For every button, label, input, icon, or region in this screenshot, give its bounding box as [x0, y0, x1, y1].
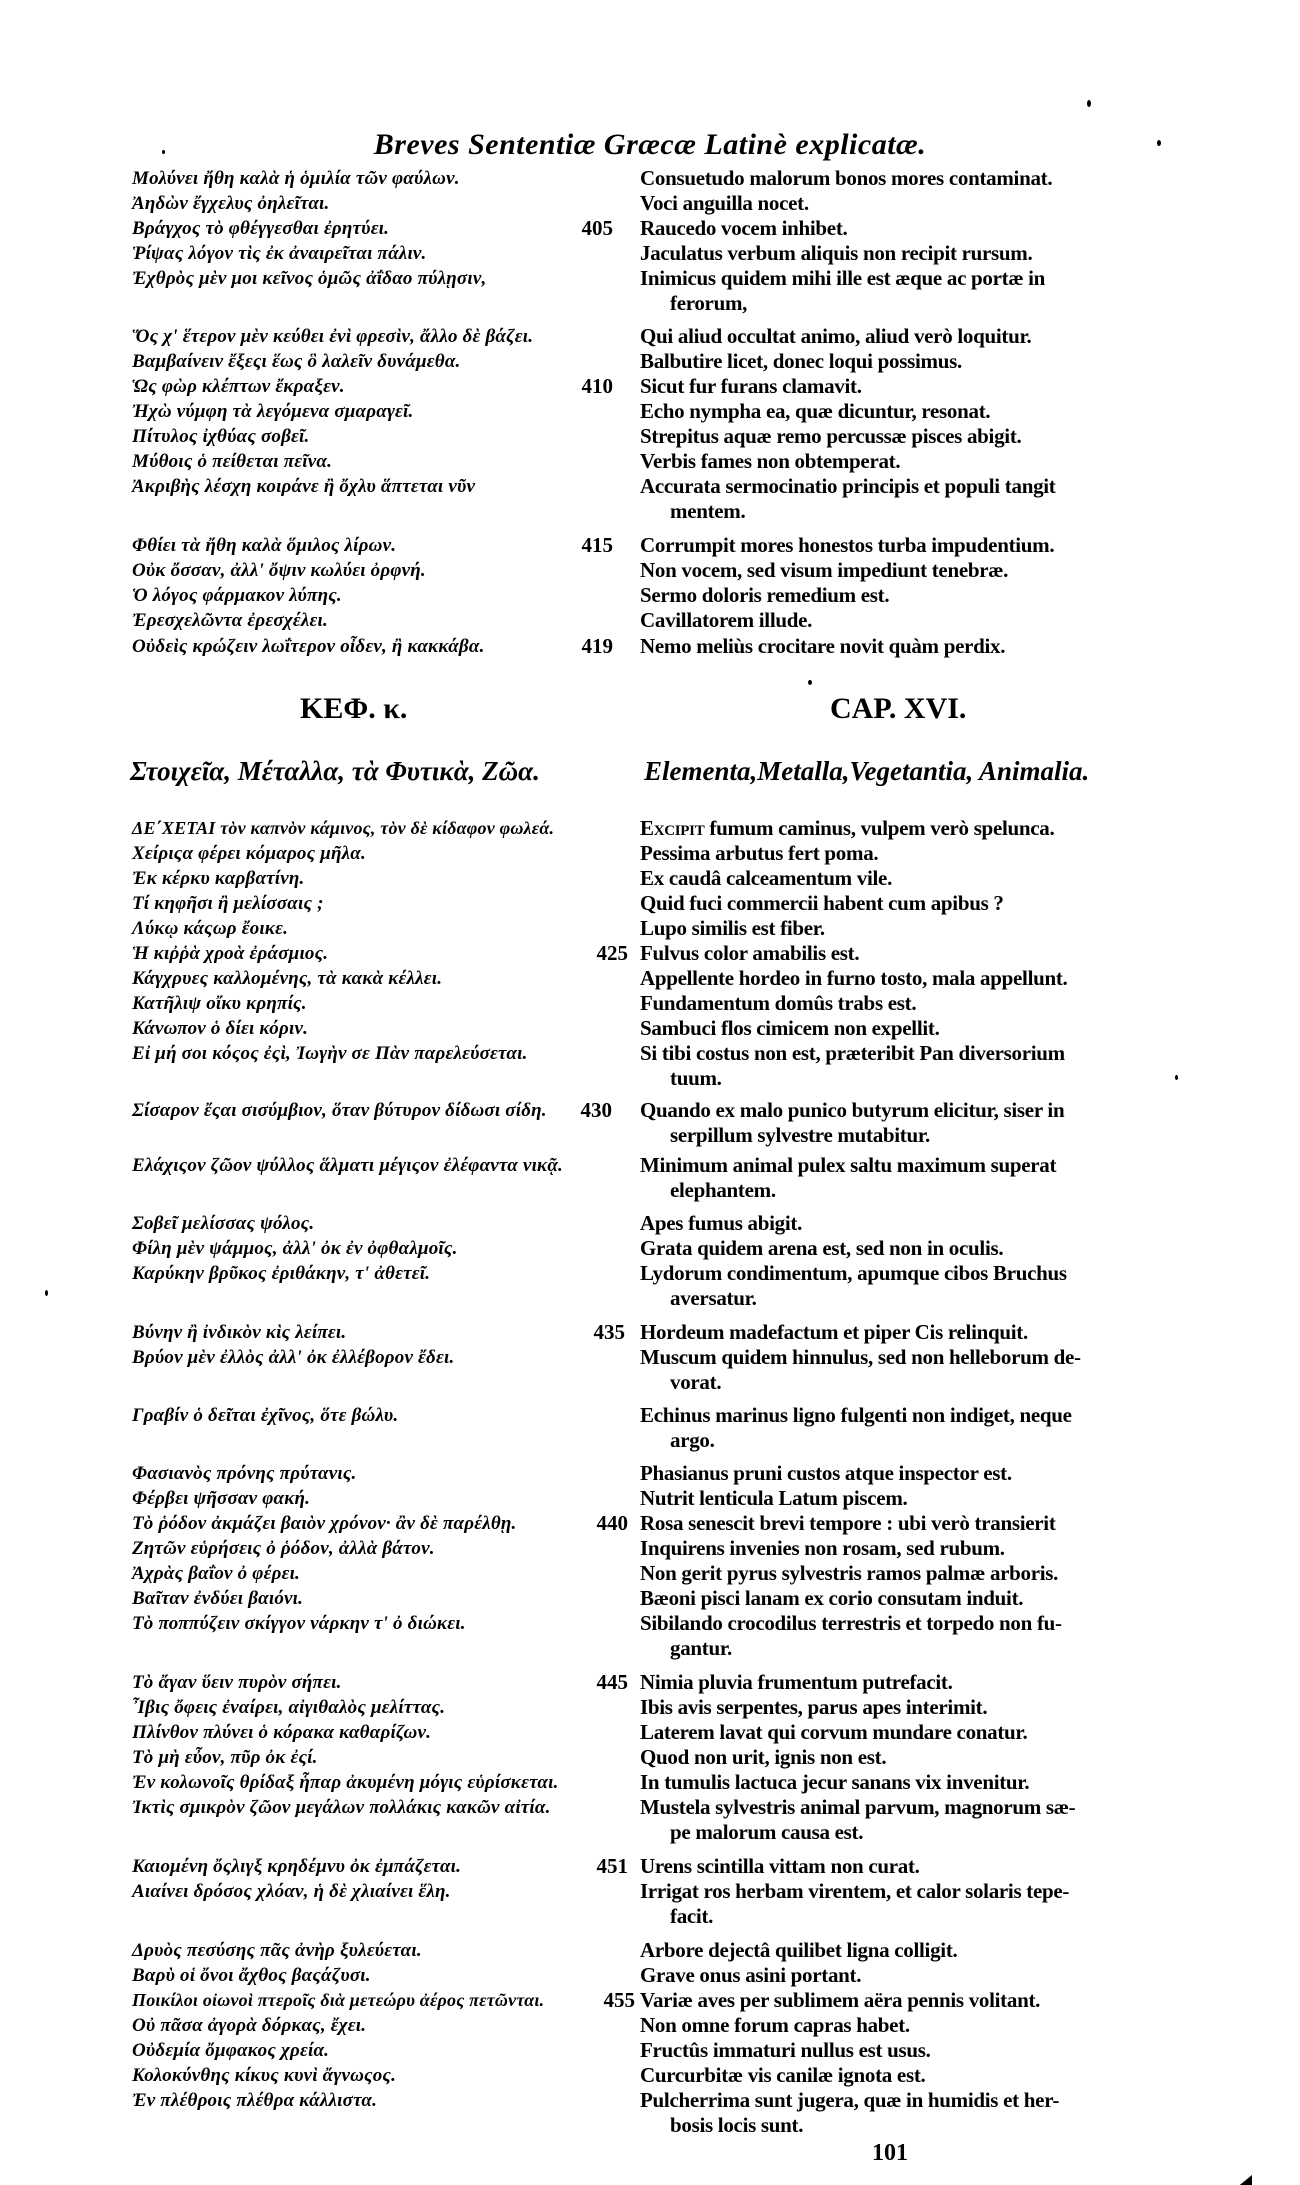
latin-line: Minimum animal pulex saltu maximum super…	[640, 1153, 1170, 1203]
latin-line: Lupo similis est fiber.	[640, 916, 1170, 941]
greek-line: Τὸ ἄγαν ὕειν πυρὸν σήπει.	[132, 1672, 342, 1694]
latin-text: Bæoni pisci lanam ex corio consutam indu…	[640, 1586, 1023, 1610]
line-number: 415	[563, 533, 613, 558]
latin-text: Phasianus pruni custos atque inspector e…	[640, 1461, 1012, 1485]
latin-line: Sibilando crocodilus terrestris et torpe…	[640, 1611, 1170, 1661]
latin-text: Strepitus aquæ remo percussæ pisces abig…	[640, 424, 1021, 448]
latin-line: Pessima arbutus fert poma.	[640, 841, 1170, 866]
greek-line: Μύθοις ὁ πείθεται πεῖνα.	[132, 451, 332, 473]
greek-line: Τὸ ποππύζειν σκίγγον νάρκην τ' ὀ διώκει.	[132, 1613, 466, 1635]
greek-line: Ἀκριβὴς λέσχη κοιράνε ἢ ὄχλυ ἅπτεται νῦν	[132, 476, 475, 498]
greek-line: ΔΕ΄ΧΕΤΑΙ τὸν καπνὸν κάμινος, τὸν δὲ κίδα…	[132, 818, 554, 839]
latin-text: Non omne forum capras habet.	[640, 2013, 910, 2037]
line-number: 445	[578, 1670, 628, 1695]
latin-text: Sibilando crocodilus terrestris et torpe…	[640, 1611, 1062, 1635]
latin-line: Rosa senescit brevi tempore : ubi verò t…	[640, 1511, 1170, 1536]
latin-continuation: bosis locis sunt.	[640, 2113, 1170, 2138]
latin-line: Ibis avis serpentes, parus apes interimi…	[640, 1695, 1170, 1720]
latin-line: Jaculatus verbum aliquis non recipit rur…	[640, 241, 1170, 266]
latin-line: Voci anguilla nocet.	[640, 191, 1170, 216]
running-head: Breves Sententiæ Græcæ Latinè explicatæ.	[0, 128, 1300, 162]
greek-line: Ὡς φὼρ κλέπτων ἔκραξεν.	[132, 376, 345, 398]
latin-line: Mustela sylvestris animal parvum, magnor…	[640, 1795, 1170, 1845]
greek-line: Ζητῶν εὑρήσεις ὀ ῥόδον, ἀλλὰ βάτον.	[132, 1538, 435, 1560]
latin-text: Corrumpit mores honestos turba impudenti…	[640, 533, 1054, 557]
latin-text: Lydorum condimentum, apumque cibos Bruch…	[640, 1261, 1067, 1285]
greek-line: Ὅς χ' ἕτερον μὲν κεύθει ἐνὶ φρεσὶν, ἄλλο…	[132, 326, 533, 348]
latin-line: Quod non urit, ignis non est.	[640, 1745, 1170, 1770]
latin-line: Nemo meliùs crocitare novit quàm perdix.	[640, 634, 1170, 659]
latin-line: Inquirens invenies non rosam, sed rubum.	[640, 1536, 1170, 1561]
latin-line: Corrumpit mores honestos turba impudenti…	[640, 533, 1170, 558]
greek-line: Ἐκ κέρκυ καρβατίνη.	[132, 868, 304, 890]
latin-line: Balbutire licet, donec loqui possimus.	[640, 349, 1170, 374]
latin-line: Excipit fumum caminus, vulpem verò spelu…	[640, 816, 1170, 841]
latin-line: Pulcherrima sunt jugera, quæ in humidis …	[640, 2088, 1170, 2138]
latin-line: Nimia pluvia frumentum putrefacit.	[640, 1670, 1170, 1695]
latin-chapter-heading: CAP. XVI.	[830, 692, 966, 726]
scan-corner-mark	[1230, 2175, 1252, 2185]
latin-line: Urens scintilla vittam non curat.	[640, 1854, 1170, 1879]
greek-line: Ἀχρὰς βαΐον ὀ φέρει.	[132, 1563, 300, 1585]
greek-chapter-heading: ΚΕΦ. κ.	[300, 692, 407, 726]
scan-speck	[45, 1290, 48, 1296]
greek-line: Ἰκτὶς σμικρὸν ζῶον μεγάλων πολλάκις κακῶ…	[132, 1797, 551, 1819]
scan-speck	[1157, 140, 1161, 146]
line-number: 425	[578, 941, 628, 966]
latin-text: Jaculatus verbum aliquis non recipit rur…	[640, 241, 1032, 265]
latin-line: Variæ aves per sublimem aëra pennis voli…	[640, 1988, 1170, 2013]
latin-text: Rosa senescit brevi tempore : ubi verò t…	[640, 1511, 1056, 1535]
latin-text: Fundamentum domûs trabs est.	[640, 991, 916, 1015]
latin-continuation: facit.	[640, 1904, 1170, 1929]
greek-line: Ελάχιςον ζῶον ψύλλος ἅλματι μέγιςον ἐλέφ…	[132, 1155, 563, 1177]
latin-line: Hordeum madefactum et piper Cis relinqui…	[640, 1320, 1170, 1345]
latin-continuation: mentem.	[640, 499, 1170, 524]
latin-line: Sambuci flos cimicem non expellit.	[640, 1016, 1170, 1041]
latin-text: Qui aliud occultat animo, aliud verò loq…	[640, 324, 1032, 348]
latin-text: Grave onus asini portant.	[640, 1963, 861, 1987]
greek-line: Μολύνει ἤθη καλὰ ἡ ὁμιλία τῶν φαύλων.	[132, 168, 460, 190]
latin-text: Inimicus quidem mihi ille est æque ac po…	[640, 266, 1045, 290]
greek-line: Ἀηδὼν ἔγχελυς ὀηλεῖται.	[132, 193, 330, 215]
greek-line: Ῥίψας λόγον τὶς ἐκ ἀναιρεῖται πάλιν.	[132, 243, 427, 265]
latin-line: Cavillatorem illude.	[640, 608, 1170, 633]
page-number: 101	[872, 2140, 908, 2167]
latin-line: In tumulis lactuca jecur sanans vix inve…	[640, 1770, 1170, 1795]
greek-line: Κάγχρυες καλλομένης, τὰ κακὰ κέλλει.	[132, 968, 442, 990]
latin-line: Qui aliud occultat animo, aliud verò loq…	[640, 324, 1170, 349]
latin-continuation: elephantem.	[640, 1178, 1170, 1203]
latin-chapter-subtitle: Elementa,Metalla,Vegetantia, Animalia.	[644, 756, 1089, 787]
greek-line: Φίλη μὲν ψάμμος, ἀλλ' ὀκ ἐν ὀφθαλμοῖς.	[132, 1238, 458, 1260]
greek-line: Τὸ μὴ εὖον, πῦρ ὀκ ἐςί.	[132, 1747, 318, 1769]
latin-text: Voci anguilla nocet.	[640, 191, 809, 215]
latin-continuation: gantur.	[640, 1636, 1170, 1661]
latin-line: Bæoni pisci lanam ex corio consutam indu…	[640, 1586, 1170, 1611]
latin-continuation: aversatur.	[640, 1286, 1170, 1311]
latin-text: Non vocem, sed visum impediunt tenebræ.	[640, 558, 1008, 582]
latin-text: Sicut fur furans clamavit.	[640, 374, 862, 398]
latin-text: Pessima arbutus fert poma.	[640, 841, 878, 865]
latin-text: Accurata sermocinatio principis et popul…	[640, 474, 1056, 498]
latin-text: Quando ex malo punico butyrum elicitur, …	[640, 1098, 1064, 1122]
latin-text: Laterem lavat qui corvum mundare conatur…	[640, 1720, 1027, 1744]
greek-line: Ἐν κολωνοῖς θρίδαξ ἧπαρ ἀκυμένη μόγις εὑ…	[132, 1772, 559, 1794]
latin-text: Ibis avis serpentes, parus apes interimi…	[640, 1695, 987, 1719]
latin-line: Verbis fames non obtemperat.	[640, 449, 1170, 474]
greek-line: Κάνωπον ὁ δίει κόριν.	[132, 1018, 308, 1040]
greek-line: Φθίει τὰ ἤθη καλὰ ὅμιλος λίρων.	[132, 535, 396, 557]
latin-line: Echo nympha ea, quæ dicuntur, resonat.	[640, 399, 1170, 424]
greek-line: Οὐδεμία ὄμφακος χρεία.	[132, 2040, 329, 2062]
latin-continuation: pe malorum causa est.	[640, 1820, 1170, 1845]
latin-text: Urens scintilla vittam non curat.	[640, 1854, 920, 1878]
latin-text: Inquirens invenies non rosam, sed rubum.	[640, 1536, 1005, 1560]
latin-line: Accurata sermocinatio principis et popul…	[640, 474, 1170, 524]
greek-line: Ἐν πλέθροις πλέθρα κάλλιστα.	[132, 2090, 377, 2112]
latin-line: Curcurbitæ vis canilæ ignota est.	[640, 2063, 1170, 2088]
latin-continuation: vorat.	[640, 1370, 1170, 1395]
greek-line: Ἡ κιῤῥὰ χροὰ ἐράσμιος.	[132, 943, 328, 965]
greek-line: Ἠχὼ νύμφη τὰ λεγόμενα σμαραγεῖ.	[132, 401, 413, 423]
latin-text: Consuetudo malorum bonos mores contamina…	[640, 166, 1052, 190]
greek-line: Καρύκην βρῦκος ἐριθάκην, τ' ἀθετεῖ.	[132, 1263, 430, 1285]
latin-line: Apes fumus abigit.	[640, 1211, 1170, 1236]
latin-text: Pulcherrima sunt jugera, quæ in humidis …	[640, 2088, 1059, 2112]
latin-text: Non gerit pyrus sylvestris ramos palmæ a…	[640, 1561, 1058, 1585]
latin-line: Laterem lavat qui corvum mundare conatur…	[640, 1720, 1170, 1745]
latin-continuation: tuum.	[640, 1066, 1170, 1091]
latin-line: Lydorum condimentum, apumque cibos Bruch…	[640, 1261, 1170, 1311]
greek-line: Ὁ λόγος φάρμακον λύπης.	[132, 585, 342, 607]
latin-text: Quid fuci commercii habent cum apibus ?	[640, 891, 1004, 915]
latin-text: Grata quidem arena est, sed non in oculi…	[640, 1236, 1003, 1260]
greek-line: Ἐρεσχελῶντα ἐρεσχέλει.	[132, 610, 328, 632]
line-number: 435	[575, 1320, 625, 1345]
latin-line: Fundamentum domûs trabs est.	[640, 991, 1170, 1016]
latin-text: Balbutire licet, donec loqui possimus.	[640, 349, 962, 373]
latin-line: Non gerit pyrus sylvestris ramos palmæ a…	[640, 1561, 1170, 1586]
latin-continuation: argo.	[640, 1428, 1170, 1453]
latin-text: Muscum quidem hinnulus, sed non hellebor…	[640, 1345, 1081, 1369]
greek-line: Σοβεῖ μελίσσας ψόλος.	[132, 1213, 314, 1235]
latin-text: Apes fumus abigit.	[640, 1211, 802, 1235]
scan-speck	[1175, 1075, 1178, 1080]
greek-line: Βαμβαίνειν ἔξεςι ἕως ὃ λαλεῖν δυνάμεθα.	[132, 351, 460, 373]
latin-line: Echinus marinus ligno fulgenti non indig…	[640, 1403, 1170, 1453]
greek-line: Δρυὸς πεσύσης πᾶς ἀνὴρ ξυλεύεται.	[132, 1940, 422, 1962]
greek-line: Βαρὺ οἱ ὄνοι ἄχθος βαςάζυσι.	[132, 1965, 371, 1987]
greek-line: Φέρβει ψῆσσαν φακή.	[132, 1488, 310, 1510]
greek-line: Ποικίλοι οἰωνοὶ πτεροῖς διὰ μετεώρυ ἀέρο…	[132, 1990, 544, 2011]
greek-line: Πίτυλος ἰχθύας σοβεῖ.	[132, 426, 309, 448]
greek-line: Ἶβις ὄφεις ἐναίρει, αἰγιθαλὸς μελίττας.	[132, 1697, 445, 1719]
latin-text: Curcurbitæ vis canilæ ignota est.	[640, 2063, 925, 2087]
latin-text: Hordeum madefactum et piper Cis relinqui…	[640, 1320, 1028, 1344]
latin-text: Mustela sylvestris animal parvum, magnor…	[640, 1795, 1075, 1819]
scan-speck	[808, 680, 812, 685]
greek-line: Σίσαρον ἔςαι σισύμβιον, ὅταν βύτυρον δίδ…	[132, 1100, 547, 1122]
latin-line: Muscum quidem hinnulus, sed non hellebor…	[640, 1345, 1170, 1395]
latin-text: Sambuci flos cimicem non expellit.	[640, 1016, 940, 1040]
latin-text: Nutrit lenticula Latum piscem.	[640, 1486, 907, 1510]
latin-text: Cavillatorem illude.	[640, 608, 812, 632]
latin-line: Arbore dejectâ quilibet ligna colligit.	[640, 1938, 1170, 1963]
latin-text: Irrigat ros herbam virentem, et calor so…	[640, 1879, 1069, 1903]
latin-line: Si tibi costus non est, præteribit Pan d…	[640, 1041, 1170, 1091]
latin-text: Appellente hordeo in furno tosto, mala a…	[640, 966, 1068, 990]
greek-line: Λύκῳ κάςωρ ἔοικε.	[132, 918, 288, 940]
latin-text: Raucedo vocem inhibet.	[640, 216, 847, 240]
latin-continuation: serpillum sylvestre mutabitur.	[640, 1123, 1170, 1148]
latin-text: Ex caudâ calceamentum vile.	[640, 866, 892, 890]
greek-line: Ἐχθρὸς μὲν μοι κεῖνος ὁμῶς ἀΐδαο πύλῃσιν…	[132, 268, 486, 290]
greek-line: Βράγχος τὸ φθέγγεσθαι ἐρητύει.	[132, 218, 389, 240]
latin-line: Non vocem, sed visum impediunt tenebræ.	[640, 558, 1170, 583]
latin-text: Echo nympha ea, quæ dicuntur, resonat.	[640, 399, 990, 423]
greek-line: Αιαίνει δρόσος χλόαν, ἡ δὲ χλιαίνει ἕλη.	[132, 1881, 451, 1903]
latin-text: Sermo doloris remedium est.	[640, 583, 889, 607]
greek-line: Οὐδεὶς κρώζειν λωΐτερον οἶδεν, ἢ κακκάβα…	[132, 636, 485, 658]
latin-text: Fructûs immaturi nullus est usus.	[640, 2038, 931, 2062]
latin-line: Grave onus asini portant.	[640, 1963, 1170, 1988]
latin-line: Appellente hordeo in furno tosto, mala a…	[640, 966, 1170, 991]
scan-speck	[1087, 100, 1091, 107]
latin-line: Irrigat ros herbam virentem, et calor so…	[640, 1879, 1170, 1929]
latin-continuation: ferorum,	[640, 291, 1170, 316]
latin-line: Fructûs immaturi nullus est usus.	[640, 2038, 1170, 2063]
latin-line: Phasianus pruni custos atque inspector e…	[640, 1461, 1170, 1486]
latin-text: fumum caminus, vulpem verò spelunca.	[704, 816, 1054, 840]
greek-line: Τί κηφῆσι ἢ μελίσσαις ;	[132, 893, 324, 915]
greek-line: Βαῖταν ἐνδύει βαιόνι.	[132, 1588, 303, 1610]
latin-text: Fulvus color amabilis est.	[640, 941, 859, 965]
line-number: 410	[563, 374, 613, 399]
latin-text: Si tibi costus non est, præteribit Pan d…	[640, 1041, 1065, 1065]
latin-line: Sicut fur furans clamavit.	[640, 374, 1170, 399]
latin-lead-word: Excipit	[640, 816, 704, 840]
greek-line: Πλίνθον πλύνει ὁ κόρακα καθαρίζων.	[132, 1722, 431, 1744]
latin-line: Consuetudo malorum bonos mores contamina…	[640, 166, 1170, 191]
greek-line: Γραβίν ὁ δεῖται ἐχῖνος, ὅτε βώλυ.	[132, 1405, 398, 1427]
latin-line: Inimicus quidem mihi ille est æque ac po…	[640, 266, 1170, 316]
latin-text: Nemo meliùs crocitare novit quàm perdix.	[640, 634, 1005, 658]
greek-line: Τὸ ῥόδον ἀκμάζει βαιὸν χρόνον· ἂν δὲ παρ…	[132, 1513, 517, 1535]
greek-line: Κατῆλιψ οἴκυ κρηπίς.	[132, 993, 307, 1015]
latin-text: Variæ aves per sublimem aëra pennis voli…	[640, 1988, 1040, 2012]
latin-line: Sermo doloris remedium est.	[640, 583, 1170, 608]
latin-line: Raucedo vocem inhibet.	[640, 216, 1170, 241]
greek-line: Κολοκύνθης κίκυς κυνὶ ἄγνωςος.	[132, 2065, 396, 2087]
line-number: 430	[562, 1098, 612, 1123]
scan-speck	[162, 150, 165, 154]
greek-line: Βρύον μὲν ἐλλὸς ἀλλ' ὀκ ἐλλέβορον ἔδει.	[132, 1347, 454, 1369]
latin-line: Fulvus color amabilis est.	[640, 941, 1170, 966]
greek-line: Φασιανὸς πρόνης πρύτανις.	[132, 1463, 357, 1485]
latin-text: Nimia pluvia frumentum putrefacit.	[640, 1670, 953, 1694]
latin-line: Strepitus aquæ remo percussæ pisces abig…	[640, 424, 1170, 449]
latin-line: Quando ex malo punico butyrum elicitur, …	[640, 1098, 1170, 1148]
latin-line: Quid fuci commercii habent cum apibus ?	[640, 891, 1170, 916]
latin-text: Minimum animal pulex saltu maximum super…	[640, 1153, 1056, 1177]
latin-line: Non omne forum capras habet.	[640, 2013, 1170, 2038]
latin-text: In tumulis lactuca jecur sanans vix inve…	[640, 1770, 1029, 1794]
latin-line: Grata quidem arena est, sed non in oculi…	[640, 1236, 1170, 1261]
latin-text: Arbore dejectâ quilibet ligna colligit.	[640, 1938, 957, 1962]
latin-text: Quod non urit, ignis non est.	[640, 1745, 886, 1769]
greek-line: Εἰ μή σοι κόςος ἐςὶ, Ἰωγὴν σε Πὰν παρελε…	[132, 1043, 528, 1065]
greek-line: Βύνην ἢ ἰνδικὸν κὶς λείπει.	[132, 1322, 346, 1344]
greek-line: Οὐκ ὄσσαν, ἀλλ' ὄψιν κωλύει ὀρφνή.	[132, 560, 426, 582]
line-number: 455	[585, 1988, 635, 2013]
line-number: 419	[563, 634, 613, 659]
line-number: 451	[578, 1854, 628, 1879]
latin-line: Ex caudâ calceamentum vile.	[640, 866, 1170, 891]
latin-text: Echinus marinus ligno fulgenti non indig…	[640, 1403, 1072, 1427]
greek-chapter-subtitle: Στοιχεῖα, Μέταλλα, τὰ Φυτικὰ, Ζῶα.	[130, 756, 540, 787]
greek-line: Καιομένη ὄςλιγξ κρηδέμνυ ὀκ ἐμπάζεται.	[132, 1856, 461, 1878]
line-number: 440	[578, 1511, 628, 1536]
greek-line: Οὐ πᾶσα ἀγορὰ δόρκας, ἔχει.	[132, 2015, 366, 2037]
greek-line: Χείριςα φέρει κόμαρος μῆλα.	[132, 843, 366, 865]
latin-line: Nutrit lenticula Latum piscem.	[640, 1486, 1170, 1511]
latin-text: Lupo similis est fiber.	[640, 916, 825, 940]
line-number: 405	[563, 216, 613, 241]
latin-text: Verbis fames non obtemperat.	[640, 449, 900, 473]
